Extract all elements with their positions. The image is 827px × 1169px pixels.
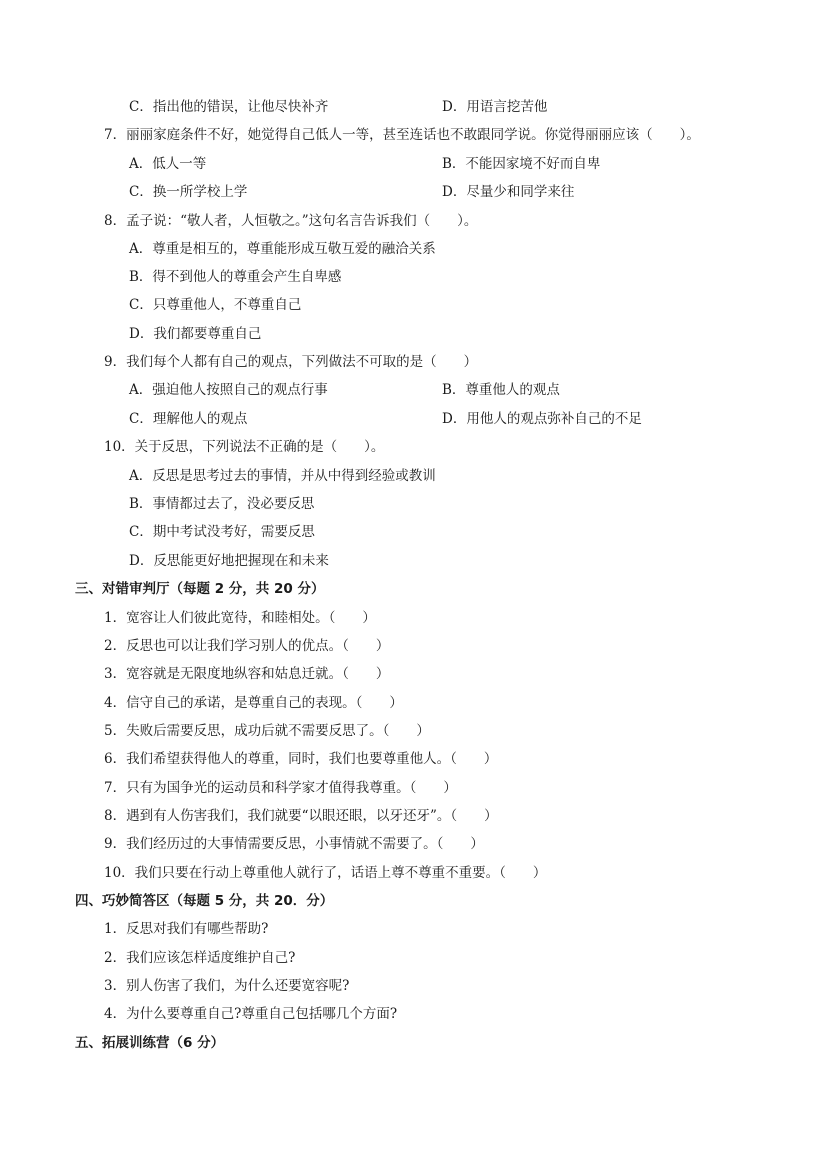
q10-option-c: C．期中考试没考好，需要反思 xyxy=(129,522,315,542)
q6-option-c: C．指出他的错误，让他尽快补齐 xyxy=(129,97,328,117)
q10-stem: 10．关于反思，下列说法不正确的是（ ）。 xyxy=(104,437,384,457)
tf-item-1: 1．宽容让人们彼此宽待，和睦相处。（ ） xyxy=(104,608,376,628)
q9-option-a: A．强迫他人按照自己的观点行事 xyxy=(129,380,328,400)
q7-option-d: D．尽量少和同学来往 xyxy=(442,182,574,202)
q9-option-b: B．尊重他人的观点 xyxy=(442,380,560,400)
short-answer-3: 3．别人伤害了我们，为什么还要宽容呢? xyxy=(104,976,349,996)
q7-option-a: A．低人一等 xyxy=(129,154,206,174)
tf-item-7: 7．只有为国争光的运动员和科学家才值得我尊重。（ ） xyxy=(104,778,457,798)
q10-option-d: D．反思能更好地把握现在和未来 xyxy=(129,551,329,571)
q10-option-b: B．事情都过去了，没必要反思 xyxy=(129,494,314,514)
short-answer-1: 1．反思对我们有哪些帮助? xyxy=(104,919,268,939)
section-4-heading: 四、巧妙简答区（每题 5 分，共 20．分） xyxy=(75,891,333,911)
short-answer-2: 2．我们应该怎样适度维护自己? xyxy=(104,948,295,968)
q8-option-d: D．我们都要尊重自己 xyxy=(129,324,261,344)
tf-item-10: 10．我们只要在行动上尊重他人就行了，话语上尊不尊重不重要。（ ） xyxy=(104,863,546,883)
q9-stem: 9．我们每个人都有自己的观点，下列做法不可取的是（ ） xyxy=(104,352,477,372)
q9-option-c: C．理解他人的观点 xyxy=(129,409,247,429)
q7-stem: 7．丽丽家庭条件不好，她觉得自己低人一等，甚至连话也不敢跟同学说。你觉得丽丽应该… xyxy=(104,125,700,145)
section-3-heading: 三、对错审判厅（每题 2 分，共 20 分） xyxy=(75,579,324,599)
q9-option-d: D．用他人的观点弥补自己的不足 xyxy=(442,409,642,429)
q10-option-a: A．反思是思考过去的事情，并从中得到经验或教训 xyxy=(129,466,436,486)
tf-item-2: 2．反思也可以让我们学习别人的优点。（ ） xyxy=(104,636,389,656)
short-answer-4: 4．为什么要尊重自己?尊重自己包括哪几个方面? xyxy=(104,1004,397,1024)
q7-option-b: B．不能因家境不好而自卑 xyxy=(442,154,600,174)
q8-option-b: B．得不到他人的尊重会产生自卑感 xyxy=(129,267,341,287)
tf-item-9: 9．我们经历过的大事情需要反思，小事情就不需要了。（ ） xyxy=(104,834,484,854)
q6-option-d: D．用语言挖苦他 xyxy=(442,97,547,117)
tf-item-8: 8．遇到有人伤害我们，我们就要“以眼还眼，以牙还牙”。（ ） xyxy=(104,806,498,826)
tf-item-3: 3．宽容就是无限度地纵容和姑息迁就。（ ） xyxy=(104,664,389,684)
tf-item-5: 5．失败后需要反思，成功后就不需要反思了。（ ） xyxy=(104,721,430,741)
q7-option-c: C．换一所学校上学 xyxy=(129,182,247,202)
tf-item-6: 6．我们希望获得他人的尊重，同时，我们也要尊重他人。（ ） xyxy=(104,749,497,769)
section-5-heading: 五、拓展训练营（6 分） xyxy=(75,1033,224,1053)
q8-stem: 8．孟子说：“敬人者，人恒敬之。”这句名言告诉我们（ ）。 xyxy=(104,211,477,231)
q8-option-c: C．只尊重他人，不尊重自己 xyxy=(129,295,301,315)
tf-item-4: 4．信守自己的承诺，是尊重自己的表现。（ ） xyxy=(104,693,403,713)
q8-option-a: A．尊重是相互的，尊重能形成互敬互爱的融洽关系 xyxy=(129,239,436,259)
